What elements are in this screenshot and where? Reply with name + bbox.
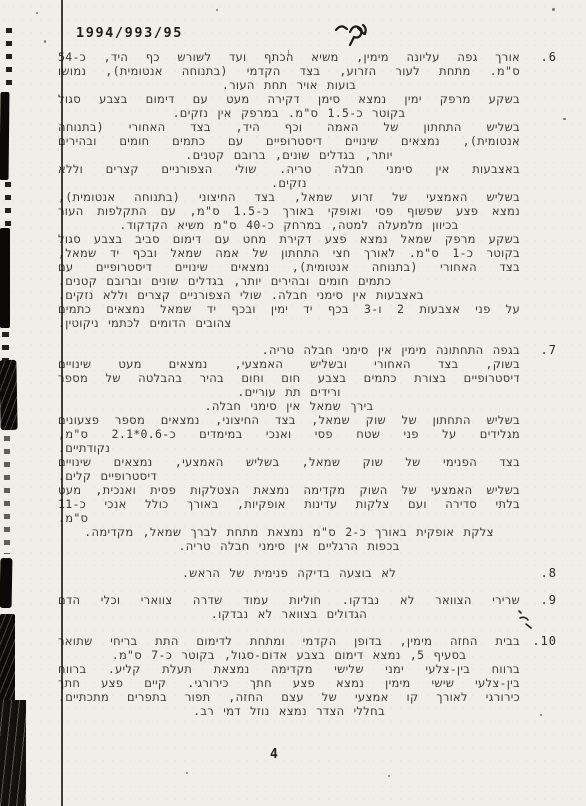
report-line: בגפה התחתונה מימין אין סימני חבלה טריה. xyxy=(58,343,520,357)
report-line: נקודתיים. xyxy=(58,441,520,455)
scanner-edge-artifact xyxy=(0,558,12,608)
report-line: יותר, בגדלים שונים, ברובם קטנים. xyxy=(58,148,520,162)
report-line: בשליש התחתון של שוק שמאל, בצד החיצוני, נ… xyxy=(58,413,520,427)
scanner-edge-artifact xyxy=(2,332,9,362)
item-number: 6. xyxy=(520,50,557,330)
report-line: בכפות הרגליים אין סימני חבלה טריה. xyxy=(58,539,520,553)
paper-speck xyxy=(388,775,390,777)
item-text: בגפה התחתונה מימין אין סימני חבלה טריה.ב… xyxy=(58,343,520,553)
report-line: בקוטר כ-1 ס"מ. לאורך חצי התחתון של אמה ש… xyxy=(58,246,520,260)
item-text: אורך גפה עליונה מימין, משיא הכתף ועד לשו… xyxy=(58,50,520,330)
report-line: בצד הפנימי של שוק שמאל, בשליש האמצעי, נמ… xyxy=(58,455,520,469)
report-item: 6.אורך גפה עליונה מימין, משיא הכתף ועד ל… xyxy=(58,50,557,330)
report-line: באצבעות אין סימני חבלה. שולי הצפורניים ק… xyxy=(58,288,520,302)
report-line: ורידים תת עוריים. xyxy=(58,385,520,399)
case-number: 1994/993/95 xyxy=(76,25,183,41)
report-line: בירך שמאל אין סימני חבלה. xyxy=(58,399,520,413)
report-item: 9.שרירי הצוואר לא נבדקו. חוליות עמוד שדר… xyxy=(58,593,557,621)
item-text: שרירי הצוואר לא נבדקו. חוליות עמוד שדרה … xyxy=(58,593,520,621)
scanner-edge-artifact xyxy=(0,700,26,806)
paper-speck xyxy=(216,9,218,11)
report-line: דיסטרופיים קלים. xyxy=(58,469,520,483)
report-item: 10.בבית החזה מימין, בדופן הקדמי ומתחת לד… xyxy=(58,634,557,718)
report-line: דיסטרופיים בצורת כתמים בצבע חום וחום בהי… xyxy=(58,371,520,385)
scanner-edge-artifact xyxy=(5,182,11,230)
item-number: 7. xyxy=(520,343,557,553)
paper-speck xyxy=(36,12,38,14)
report-line: בועות אויר תחת העור. xyxy=(58,78,520,92)
item-text: בבית החזה מימין, בדופן הקדמי ומתחת לדימו… xyxy=(58,634,520,718)
report-line: שרירי הצוואר לא נבדקו. חוליות עמוד שדרה … xyxy=(58,593,520,607)
report-item: 8.לא בוצעה בדיקה פנימית של הראש. xyxy=(58,566,557,580)
report-line: בבית החזה מימין, בדופן הקדמי ומתחת לדימו… xyxy=(58,634,520,648)
scanner-edge-artifact xyxy=(0,360,18,430)
report-line: בשוק, בצד האחורי ובשליש האמצעי, נמצאים מ… xyxy=(58,357,520,371)
paper-speck xyxy=(186,772,188,774)
report-item: 7.בגפה התחתונה מימין אין סימני חבלה טריה… xyxy=(58,343,557,553)
handwritten-tick xyxy=(516,608,536,634)
scanner-edge-artifact xyxy=(4,436,10,554)
report-line: בחללי הצדר נמצא נוזל דמי רב. xyxy=(58,704,520,718)
report-line: אורך גפה עליונה מימין, משיא הכתף ועד לשו… xyxy=(58,50,520,64)
report-line: ס"מ. xyxy=(58,511,520,525)
report-line: לא בוצעה בדיקה פנימית של הראש. xyxy=(58,566,520,580)
item-number: 10. xyxy=(520,634,557,718)
report-line: באצבעות אין סימני חבלה טריה. שולי הצפורנ… xyxy=(58,162,520,176)
scanner-edge-artifact xyxy=(0,614,15,706)
report-line: נזקים. xyxy=(58,176,520,190)
report-line: כתמים חומים ובהירים יותר, בגדלים שונים ו… xyxy=(58,274,520,288)
item-text: לא בוצעה בדיקה פנימית של הראש. xyxy=(58,566,520,580)
report-line: כירורגי לאורך קו אמצעי של עצם החזה, תפור… xyxy=(58,690,520,704)
report-line: בסעיף 5, נמצא דימום בצבע אדום-סגול, בקוט… xyxy=(58,648,520,662)
report-line: אנטומית), נמצאים שינויים דיסטרופיים עם כ… xyxy=(58,134,520,148)
scanner-edge-artifact xyxy=(0,228,10,328)
ruled-margin-line xyxy=(61,0,63,806)
report-line: על פני אצבעות 2 ו-3 בכף יד ימין ובכף יד … xyxy=(58,302,520,316)
report-line: בשקע מרפק ימין נמצא סימן דקירה מעט עם די… xyxy=(58,92,520,106)
report-line: מגלידים על פני שטח פסי ואנכי במימדים כ-0… xyxy=(58,427,520,441)
scanned-document-page: 1994/993/95 6.אורך גפה עליונה מימין, משי… xyxy=(0,0,586,806)
report-line: בלתי סדירה ועם צלקות עדינות אופקיות, באו… xyxy=(58,497,520,511)
report-line: בשקע מרפק שמאל נמצא פצע דקירת מחט עם דימ… xyxy=(58,232,520,246)
report-line: ס"מ. מתחת לעור הזרוע, בצד הקדמי (בתנוחה … xyxy=(58,64,520,78)
report-line: בין-צלעי שישי מימין נמצא פצע חתך כירורגי… xyxy=(58,676,520,690)
report-line: בצד האחורי (בתנוחה אנטומית), נמצאים שינו… xyxy=(58,260,520,274)
scanner-edge-artifact xyxy=(0,92,9,180)
report-line: צלקת אופקית באורך כ-2 ס"מ נמצאת מתחת לבר… xyxy=(58,525,520,539)
report-line: בקוטר כ-1.5 ס"מ. במרפק אין נזקים. xyxy=(58,106,520,120)
paper-speck xyxy=(563,118,566,120)
report-line: הגדולים בצוואר לא נבדקו. xyxy=(58,607,520,621)
page-number: 4 xyxy=(270,747,279,762)
report-body: 6.אורך גפה עליונה מימין, משיא הכתף ועד ל… xyxy=(58,50,557,731)
paper-speck xyxy=(44,40,46,43)
scanner-edge-artifact xyxy=(6,28,12,92)
item-number: 8. xyxy=(520,566,557,580)
report-line: בכיוון מלמעלה למטה, במרחק כ-40 ס"מ משיא … xyxy=(58,218,520,232)
report-line: נמצא פצע שפשוף פסי ואופקי באורך כ-1.5 ס"… xyxy=(58,204,520,218)
report-line: בשליש האמצעי של זרוע שמאל, בצד החיצוני (… xyxy=(58,190,520,204)
report-line: בשליש האמצעי של השוק מקדימה נמצאת הצטלקו… xyxy=(58,483,520,497)
report-line: ברווח בין-צלעי ימני שלישי מקדימה נמצאת ת… xyxy=(58,662,520,676)
paper-speck xyxy=(552,8,555,11)
handwritten-mark xyxy=(330,16,376,50)
report-line: בשליש התחתון של האמה וכף היד, בצד האחורי… xyxy=(58,120,520,134)
report-line: צהובים הדומים לכתמי ניקוטין. xyxy=(58,316,520,330)
